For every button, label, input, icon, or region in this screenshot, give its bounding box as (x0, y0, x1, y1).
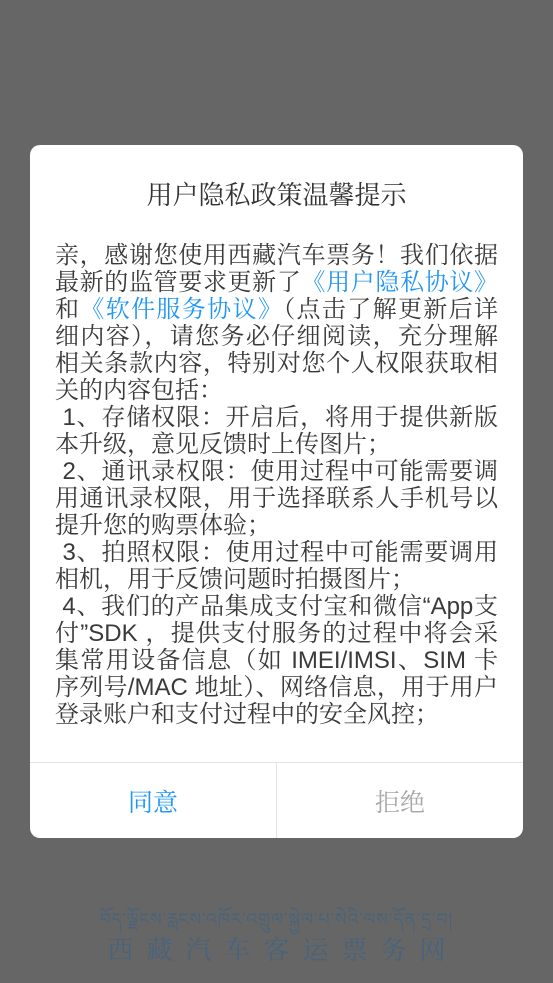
dialog-body: 亲，感谢您使用西藏汽车票务！我们依据最新的监管要求更新了《用户隐私协议》和《软件… (30, 242, 523, 762)
permission-item-camera: 3、拍照权限：使用过程中可能需要调用相机，用于反馈问题时拍摄图片； (55, 539, 498, 593)
refuse-button[interactable]: 拒绝 (276, 763, 523, 838)
service-agreement-link[interactable]: 《软件服务协议》 (80, 296, 283, 323)
app-watermark: བོད་ལྗོངས་རླངས་འཁོར་འགྲུལ་སྐྱེལ་པ་སེའི་ལ… (0, 906, 553, 966)
dim-overlay: 用户隐私政策温馨提示 亲，感谢您使用西藏汽车票务！我们依据最新的监管要求更新了《… (0, 0, 553, 983)
privacy-policy-dialog: 用户隐私政策温馨提示 亲，感谢您使用西藏汽车票务！我们依据最新的监管要求更新了《… (30, 145, 523, 838)
intro-paragraph: 亲，感谢您使用西藏汽车票务！我们依据最新的监管要求更新了《用户隐私协议》和《软件… (55, 242, 498, 404)
agree-button[interactable]: 同意 (30, 763, 276, 838)
dialog-footer: 同意 拒绝 (30, 762, 523, 838)
permission-item-payment-sdk: 4、我们的产品集成支付宝和微信“App支付”SDK ，提供支付服务的过程中将会采… (55, 593, 498, 728)
privacy-agreement-link[interactable]: 《用户隐私协议》 (301, 269, 498, 296)
watermark-chinese-text: 西藏汽车客运票务网 (0, 934, 553, 966)
dialog-title: 用户隐私政策温馨提示 (30, 181, 523, 209)
watermark-tibetan-text: བོད་ལྗོངས་རླངས་འཁོར་འགྲུལ་སྐྱེལ་པ་སེའི་ལ… (0, 906, 553, 934)
permission-item-contacts: 2、通讯录权限：使用过程中可能需要调用通讯录权限，用于选择联系人手机号以提升您的… (55, 458, 498, 539)
intro-text-mid: 和 (55, 296, 80, 323)
permission-item-storage: 1、存储权限：开启后，将用于提供新版本升级，意见反馈时上传图片； (55, 404, 498, 458)
